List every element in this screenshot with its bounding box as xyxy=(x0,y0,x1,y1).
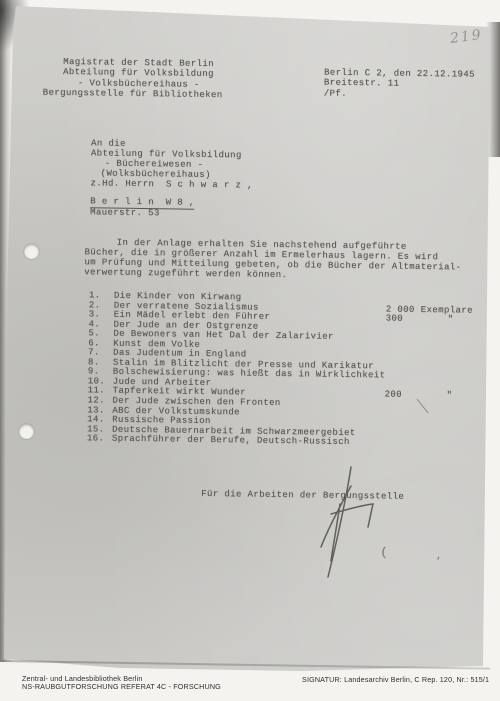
stray-paren-mark: ( xyxy=(380,545,388,559)
date-block: Berlin C 2, den 22.12.1945 Breitestr. 11… xyxy=(324,68,475,101)
recipient-block: An die Abteilung für Volksbildung - Büch… xyxy=(90,138,253,191)
sender-line: Bergungsstelle für Bibliotheken xyxy=(43,87,223,100)
archive-footer: Zentral- und Landesbibliothek Berlin NS-… xyxy=(0,670,500,701)
body-paragraph: In der Anlage erhalten Sie nachstehend a… xyxy=(84,237,462,283)
typewritten-content: Magistrat der Stadt Berlin Abteilung für… xyxy=(0,0,500,701)
book-title: Sprachführer der Berufe, Deutsch-Russisc… xyxy=(107,434,350,447)
archive-footer-left: Zentral- und Landesbibliothek Berlin NS-… xyxy=(22,675,221,691)
recipient-attn-line: z.Hd. Herrn S c h w a r z , xyxy=(90,179,253,191)
quantity-ditto-mark: " xyxy=(446,391,452,401)
reference-line: /Pf. xyxy=(324,88,475,100)
closing-line: Für die Arbeiten der Bergungsstelle xyxy=(201,489,404,502)
stray-comma-mark: , xyxy=(436,551,442,561)
item-number: 16. xyxy=(87,433,107,443)
sender-block: Magistrat der Stadt Berlin Abteilung für… xyxy=(43,57,223,101)
recipient-street: Mauerstr. 53 xyxy=(90,207,160,218)
book-list: 1.Die Kinder von Kirwang 2.Der verratene… xyxy=(87,290,479,448)
archive-department: NS-RAUBGUTFORSCHUNG REFERAT 4C - FORSCHU… xyxy=(22,683,221,691)
archive-signature-reference: SIGNATUR: Landesarchiv Berlin, C Rep. 12… xyxy=(302,675,489,684)
